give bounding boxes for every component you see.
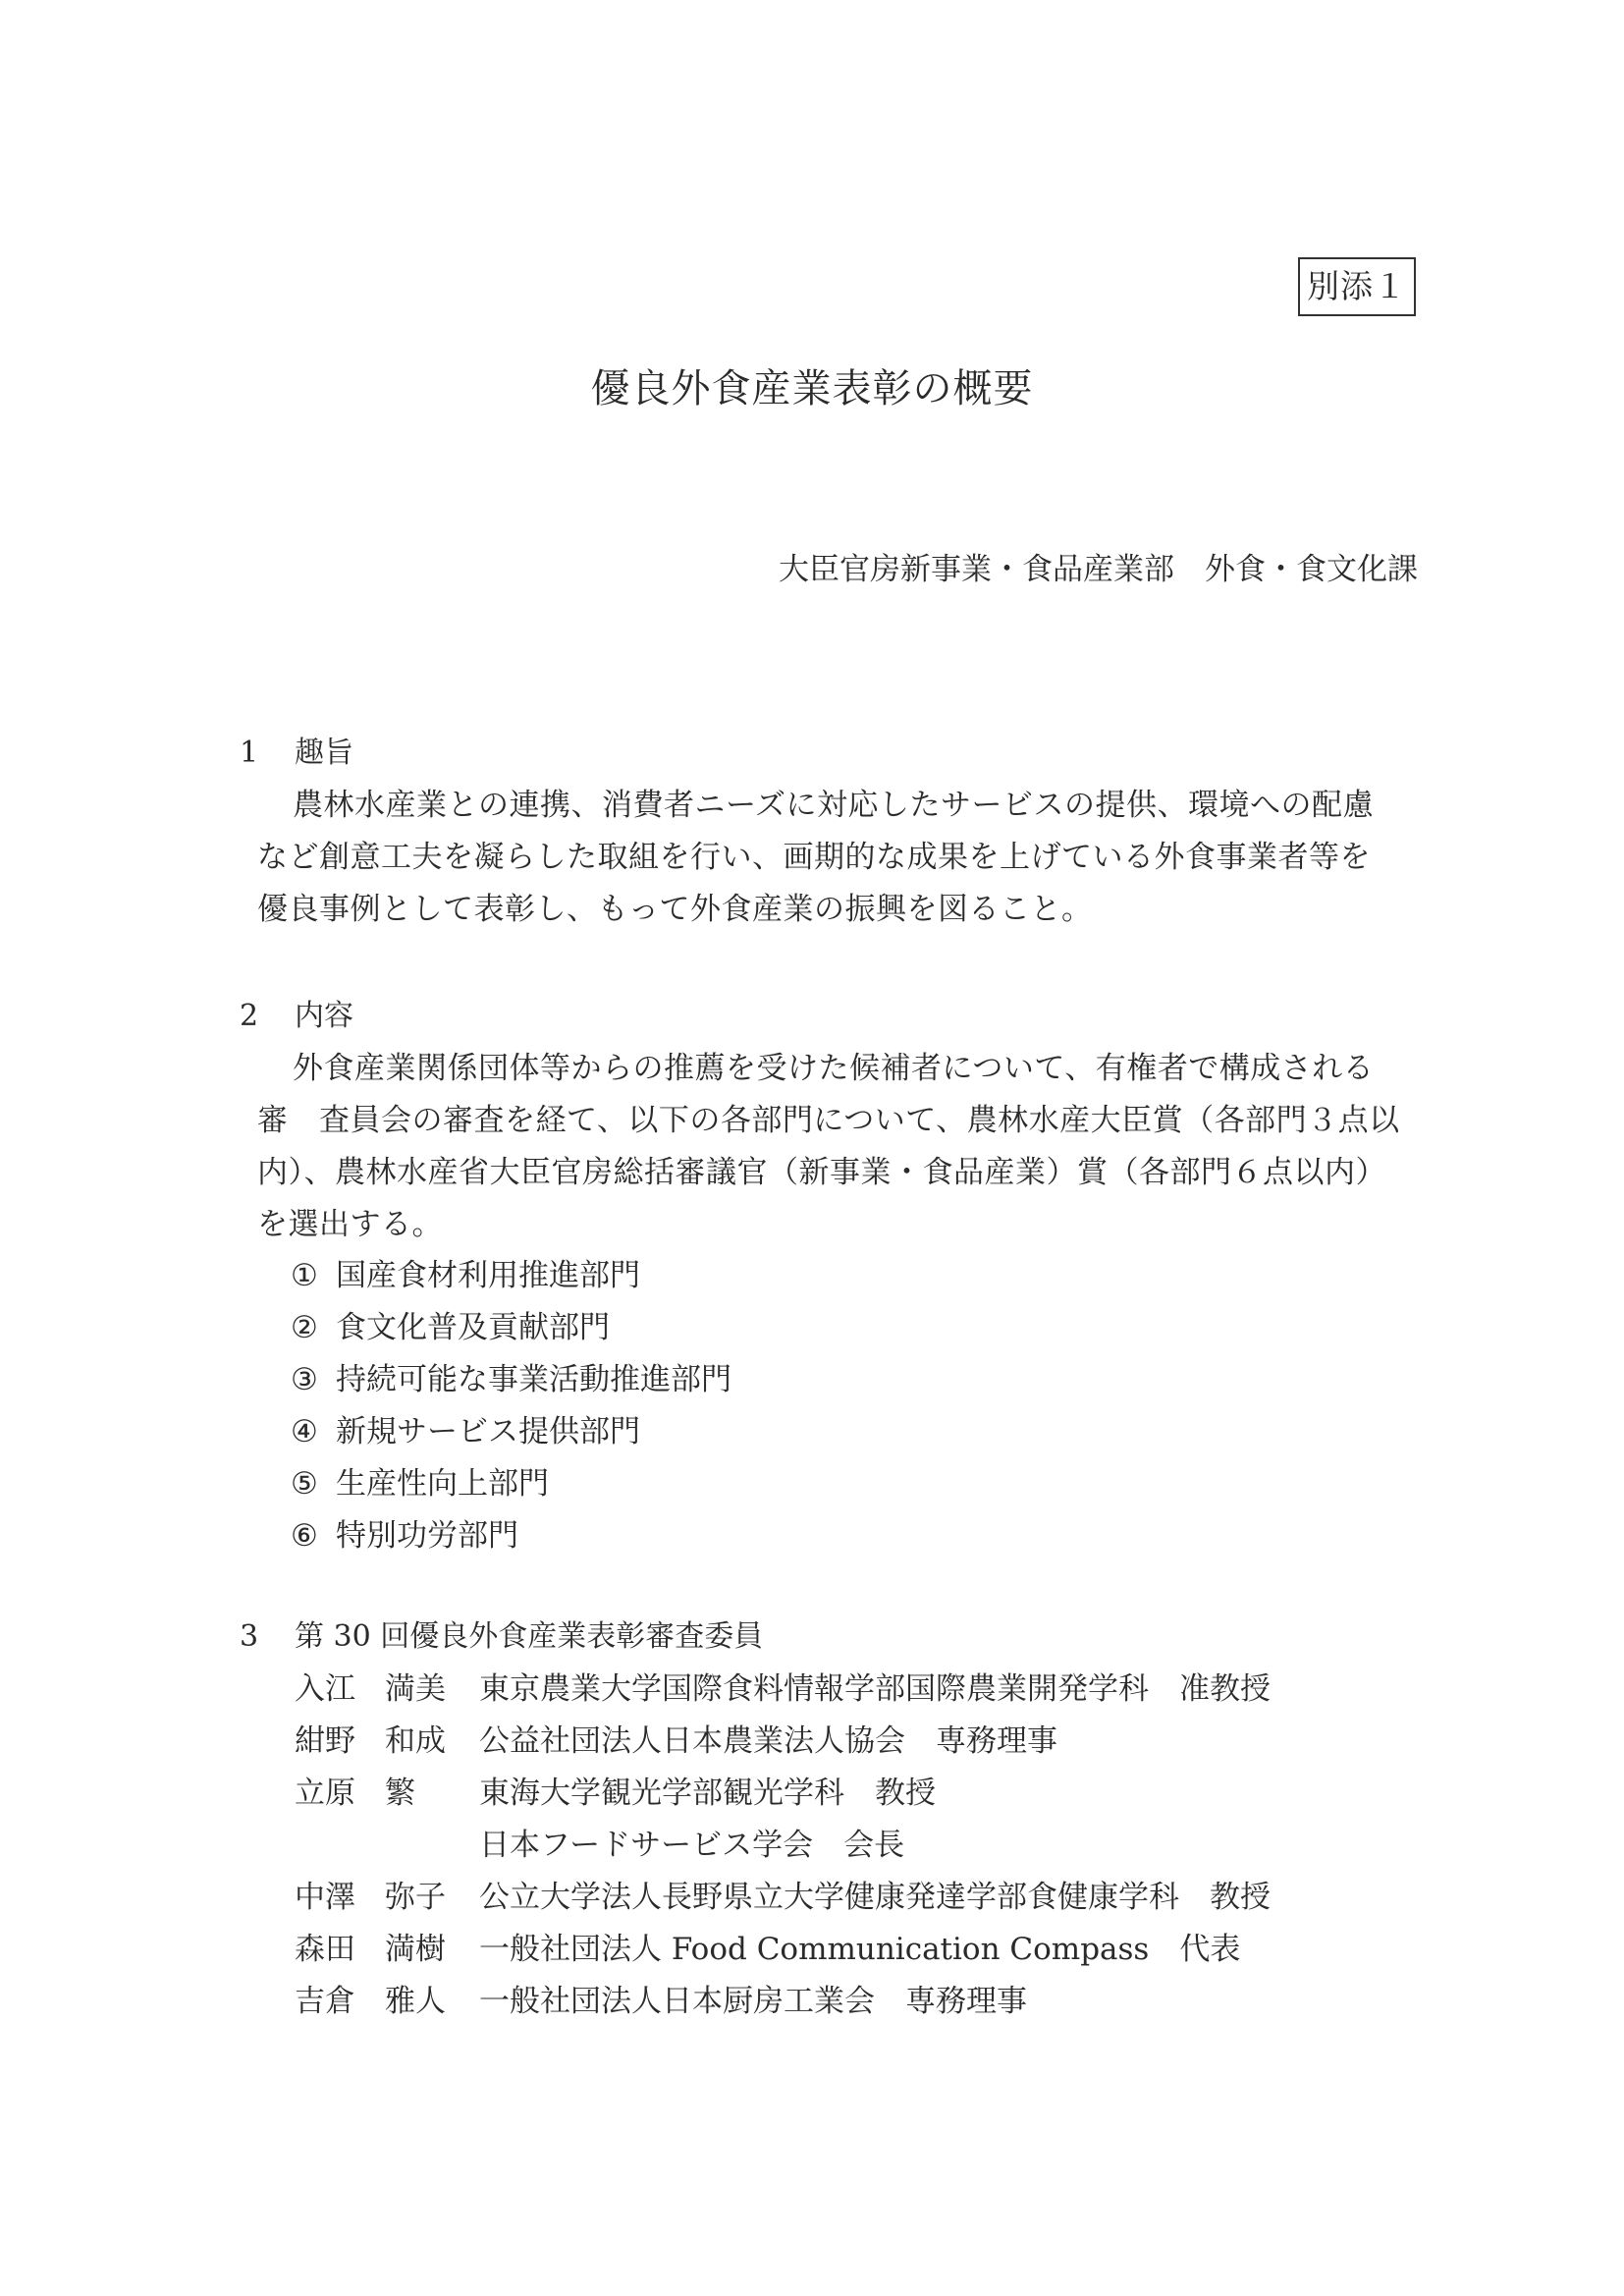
circled-number: ② — [291, 1306, 336, 1349]
category-item: ⑤生産性向上部門 — [291, 1462, 549, 1505]
member-surname: 吉倉 — [295, 1980, 385, 2023]
category-item: ⑥特別功労部門 — [291, 1514, 518, 1558]
member-affiliation: 一般社団法人日本厨房工業会 専務理事 — [479, 1980, 1027, 2023]
member-affiliation: 公立大学法人長野県立大学健康発達学部食健康学科 教授 — [479, 1876, 1271, 1919]
category-item: ①国産食材利用推進部門 — [291, 1254, 640, 1297]
category-label: 食文化普及貢献部門 — [336, 1310, 610, 1345]
category-label: 持続可能な事業活動推進部門 — [336, 1362, 731, 1397]
committee-member-row: 吉倉雅人一般社団法人日本厨房工業会 専務理事 — [295, 1980, 1027, 2023]
member-surname: 立原 — [295, 1772, 385, 1815]
committee-member-row: 日本フードサービス学会 会長 — [295, 1824, 904, 1867]
paragraph-line: など創意工夫を凝らした取組を行い、画期的な成果を上げている外食事業者等を — [257, 836, 1371, 879]
category-label: 生産性向上部門 — [336, 1466, 549, 1502]
section-number: 3 — [240, 1615, 295, 1659]
paragraph-line: 優良事例として表彰し、もって外食産業の振興を図ること。 — [257, 888, 1093, 931]
category-item: ③持続可能な事業活動推進部門 — [291, 1358, 731, 1401]
category-label: 新規サービス提供部門 — [336, 1414, 640, 1449]
member-affiliation: 日本フードサービス学会 会長 — [479, 1824, 904, 1867]
category-item: ②食文化普及貢献部門 — [291, 1306, 610, 1349]
circled-number: ④ — [291, 1410, 336, 1453]
paragraph-line: 農林水産業との連携、消費者ニーズに対応したサービスの提供、環境への配慮 — [293, 784, 1374, 827]
circled-number: ③ — [291, 1358, 336, 1401]
section-3-heading: 3第 30 回優良外食産業表彰審査委員 — [240, 1615, 763, 1659]
member-affiliation: 東京農業大学国際食料情報学部国際農業開発学科 准教授 — [479, 1667, 1271, 1711]
category-label: 特別功労部門 — [336, 1518, 518, 1554]
member-surname: 中澤 — [295, 1876, 385, 1919]
member-surname: 紺野 — [295, 1720, 385, 1763]
member-affiliation: 東海大学観光学部観光学科 教授 — [479, 1772, 936, 1815]
section-title: 第 30 回優良外食産業表彰審査委員 — [295, 1619, 763, 1654]
member-surname: 入江 — [295, 1667, 385, 1711]
member-surname: 森田 — [295, 1928, 385, 1971]
page-title: 優良外食産業表彰の概要 — [0, 361, 1624, 416]
section-title: 内容 — [295, 999, 353, 1033]
member-given-name: 繁 — [385, 1772, 479, 1815]
member-given-name: 弥子 — [385, 1876, 479, 1919]
section-title: 趣旨 — [295, 736, 353, 770]
department-name: 大臣官房新事業・食品産業部 外食・食文化課 — [779, 548, 1418, 591]
committee-member-row: 森田満樹一般社団法人 Food Communication Compass 代表 — [295, 1928, 1240, 1971]
section-number: 2 — [240, 995, 295, 1038]
member-affiliation: 一般社団法人 Food Communication Compass 代表 — [479, 1928, 1240, 1971]
paragraph-line: 外食産業関係団体等からの推薦を受けた候補者について、有権者で構成される — [293, 1047, 1374, 1090]
circled-number: ① — [291, 1254, 336, 1297]
member-affiliation: 公益社団法人日本農業法人協会 専務理事 — [479, 1720, 1057, 1763]
category-label: 国産食材利用推進部門 — [336, 1258, 640, 1293]
member-given-name: 和成 — [385, 1720, 479, 1763]
circled-number: ⑥ — [291, 1514, 336, 1558]
committee-member-row: 中澤弥子公立大学法人長野県立大学健康発達学部食健康学科 教授 — [295, 1876, 1271, 1919]
member-given-name: 満美 — [385, 1667, 479, 1711]
paragraph-line: を選出する。 — [257, 1203, 443, 1246]
category-item: ④新規サービス提供部門 — [291, 1410, 640, 1453]
section-1-heading: 1趣旨 — [240, 732, 353, 775]
section-number: 1 — [240, 732, 295, 775]
attachment-label: 別添１ — [1298, 257, 1416, 316]
committee-member-row: 立原繁東海大学観光学部観光学科 教授 — [295, 1772, 936, 1815]
circled-number: ⑤ — [291, 1462, 336, 1505]
member-given-name: 雅人 — [385, 1980, 479, 2023]
member-given-name: 満樹 — [385, 1928, 479, 1971]
paragraph-line: 審 査員会の審査を経て、以下の各部門について、農林水産大臣賞（各部門３点以 — [257, 1099, 1400, 1142]
paragraph-line: 内）、農林水産省大臣官房総括審議官（新事業・食品産業）賞（各部門６点以内） — [257, 1151, 1386, 1194]
committee-member-row: 入江満美東京農業大学国際食料情報学部国際農業開発学科 准教授 — [295, 1667, 1271, 1711]
committee-member-row: 紺野和成公益社団法人日本農業法人協会 専務理事 — [295, 1720, 1057, 1763]
section-2-heading: 2内容 — [240, 995, 353, 1038]
